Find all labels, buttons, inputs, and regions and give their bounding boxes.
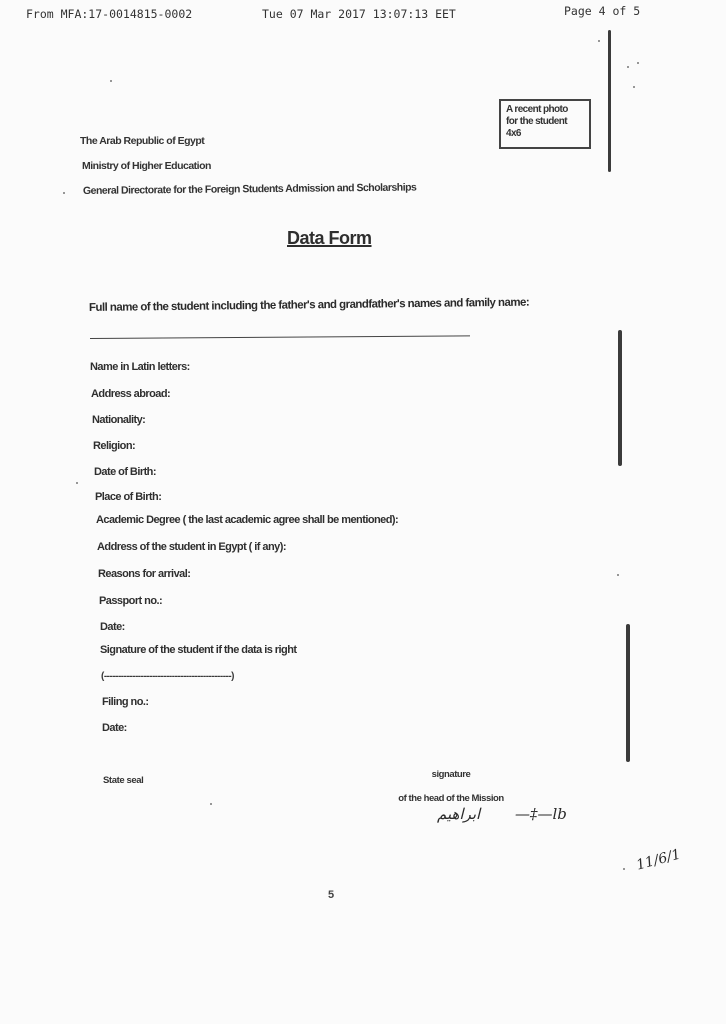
signature-fill-line: (---------------------------------------… (101, 671, 234, 682)
scan-speck (63, 192, 65, 194)
fax-sender-id: From MFA:17-0014815-0002 (26, 7, 192, 21)
field-date: Date: (100, 621, 125, 633)
page-number: 5 (328, 889, 334, 901)
photo-box-line: for the student (506, 116, 589, 128)
issuer-country: The Arab Republic of Egypt (80, 134, 416, 159)
field-student-signature: Signature of the student if the data is … (100, 644, 296, 656)
field-academic-degree: Academic Degree ( the last academic agre… (96, 514, 398, 526)
scan-margin-mark (618, 330, 622, 466)
field-religion: Religion: (93, 440, 135, 452)
field-filing-no: Filing no.: (102, 696, 149, 708)
photo-placeholder-box: A recent photo for the student 4x6 (499, 99, 591, 149)
scan-speck (110, 80, 112, 82)
scan-speck (76, 482, 78, 484)
handwritten-initials: —‡—lb (515, 805, 567, 823)
handwritten-signature: ابراهيم (437, 805, 480, 823)
field-address-in-egypt: Address of the student in Egypt ( if any… (97, 541, 286, 553)
field-nationality: Nationality: (92, 414, 145, 426)
field-address-abroad: Address abroad: (91, 388, 170, 400)
state-seal-label: State seal (103, 775, 143, 786)
mission-signature-label: signature (386, 768, 516, 792)
page-title: Data Form (287, 228, 372, 249)
scan-speck (617, 574, 619, 576)
field-reasons-for-arrival: Reasons for arrival: (98, 568, 190, 580)
photo-box-line: A recent photo (506, 104, 589, 116)
fax-header: From MFA:17-0014815-0002 Tue 07 Mar 2017… (0, 3, 726, 23)
issuing-authority: The Arab Republic of Egypt Ministry of H… (80, 134, 416, 209)
photo-box-line: 4x6 (506, 128, 589, 140)
scan-speck (633, 86, 635, 88)
fax-timestamp: Tue 07 Mar 2017 13:07:13 EET (262, 7, 456, 21)
fax-page-counter: Page 4 of 5 (564, 4, 640, 18)
scan-speck (627, 66, 629, 68)
scan-speck (637, 62, 639, 64)
full-name-fill-line (90, 335, 470, 339)
field-place-of-birth: Place of Birth: (95, 491, 161, 503)
full-name-label: Full name of the student including the f… (89, 297, 529, 314)
scan-margin-mark (608, 30, 611, 172)
scan-speck (623, 868, 625, 870)
field-office-date: Date: (102, 722, 127, 734)
scan-speck (598, 40, 600, 42)
field-date-of-birth: Date of Birth: (94, 466, 156, 478)
scan-margin-mark (626, 624, 630, 762)
scan-speck (210, 803, 212, 805)
field-passport-no: Passport no.: (99, 595, 162, 607)
field-name-latin: Name in Latin letters: (90, 361, 190, 373)
handwritten-date-note: 11/6/1 (635, 846, 683, 873)
issuer-directorate: General Directorate for the Foreign Stud… (80, 180, 417, 209)
